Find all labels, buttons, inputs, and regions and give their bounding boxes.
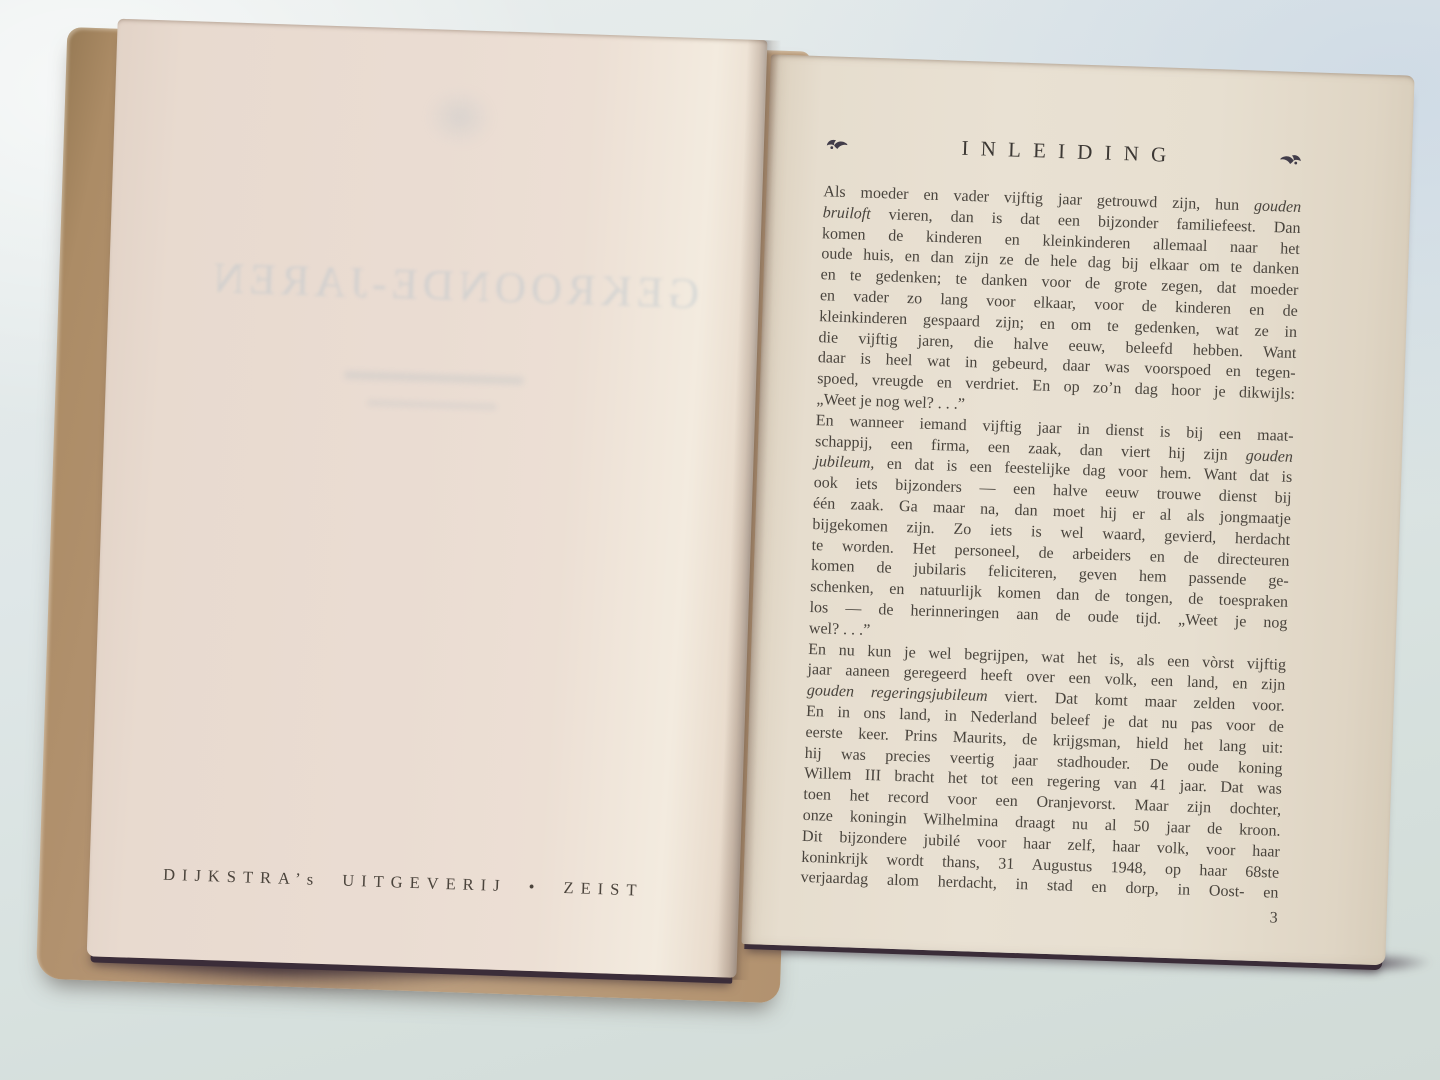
fleuron-right-icon [1279,150,1304,167]
ghost-crown-watermark [413,77,506,158]
photo-open-book: GEKROONDE-JAREN DIJKSTRA’s UITGEVERIJ • … [0,0,1440,1080]
ghost-title-showthrough: GEKROONDE-JAREN [218,254,699,319]
fleuron-left-icon [825,135,850,152]
ghost-text-line [344,370,524,385]
publisher-imprint: DIJKSTRA’s UITGEVERIJ • ZEIST [131,864,675,902]
body-text: Als moeder en vader vijftig jaar getrouw… [800,182,1301,905]
chapter-heading: INLEIDING [825,128,1304,174]
chapter-title: INLEIDING [849,132,1292,172]
left-page: GEKROONDE-JAREN DIJKSTRA’s UITGEVERIJ • … [87,19,768,978]
right-page: INLEIDING Als moeder en vader vijftig ja… [741,54,1414,965]
ghost-text-line [367,399,497,410]
text-column: INLEIDING Als moeder en vader vijftig ja… [800,128,1304,928]
book: GEKROONDE-JAREN DIJKSTRA’s UITGEVERIJ • … [81,19,1421,992]
